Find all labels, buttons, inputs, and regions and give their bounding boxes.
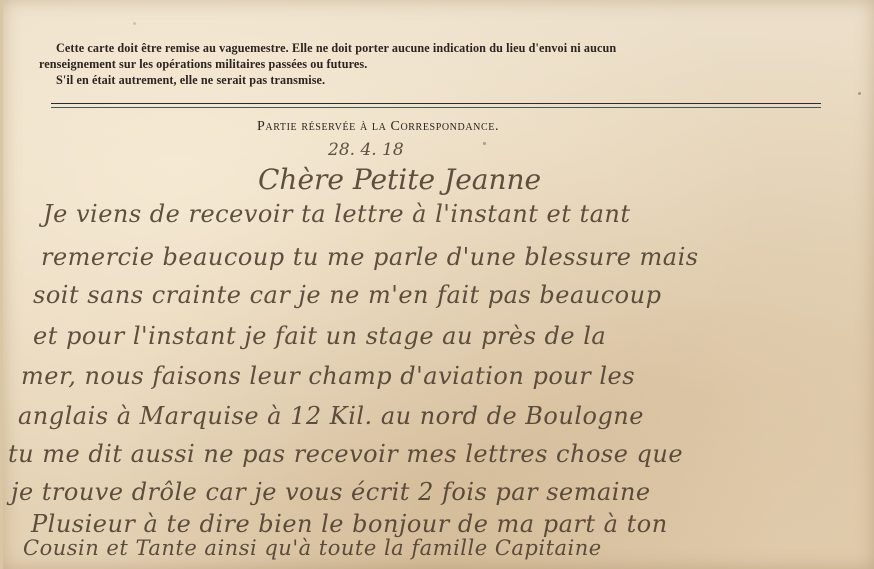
handwritten-line: anglais à Marquise à 12 Kil. au nord de … bbox=[18, 402, 644, 430]
handwritten-line: soit sans crainte car je ne m'en fait pa… bbox=[33, 281, 661, 309]
notice-line-3: S'il en était autrement, elle ne serait … bbox=[39, 72, 839, 88]
correspondence-heading: Partie réservée à la Correspondance. bbox=[257, 119, 617, 135]
handwritten-line: Plusieur à te dire bien le bonjour de ma… bbox=[31, 510, 668, 538]
paper-speck bbox=[483, 142, 486, 145]
notice-line-2: renseignement sur les opérations militai… bbox=[39, 56, 839, 72]
handwritten-greeting: Chère Petite Jeanne bbox=[258, 163, 541, 196]
paper-speck bbox=[133, 22, 136, 25]
notice-line-1: Cette carte doit être remise au vaguemes… bbox=[39, 40, 839, 56]
handwritten-line: Je viens de recevoir ta lettre à l'insta… bbox=[43, 200, 631, 228]
handwritten-line: tu me dit aussi ne pas recevoir mes lett… bbox=[8, 440, 683, 468]
postcard: Cette carte doit être remise au vaguemes… bbox=[0, 0, 874, 569]
paper-speck bbox=[858, 92, 861, 95]
handwritten-line: mer, nous faisons leur champ d'aviation … bbox=[21, 362, 635, 390]
divider-rule-top bbox=[51, 103, 821, 104]
handwritten-line: remercie beaucoup tu me parle d'une bles… bbox=[41, 243, 699, 271]
printed-notice: Cette carte doit être remise au vaguemes… bbox=[39, 40, 839, 88]
handwritten-date: 28. 4. 18 bbox=[328, 140, 404, 160]
divider-rule-bottom bbox=[51, 107, 821, 108]
handwritten-line: Cousin et Tante ainsi qu'à toute la fami… bbox=[23, 536, 602, 560]
handwritten-line: je trouve drôle car je vous écrit 2 fois… bbox=[11, 478, 651, 506]
handwritten-line: et pour l'instant je fait un stage au pr… bbox=[33, 322, 606, 350]
